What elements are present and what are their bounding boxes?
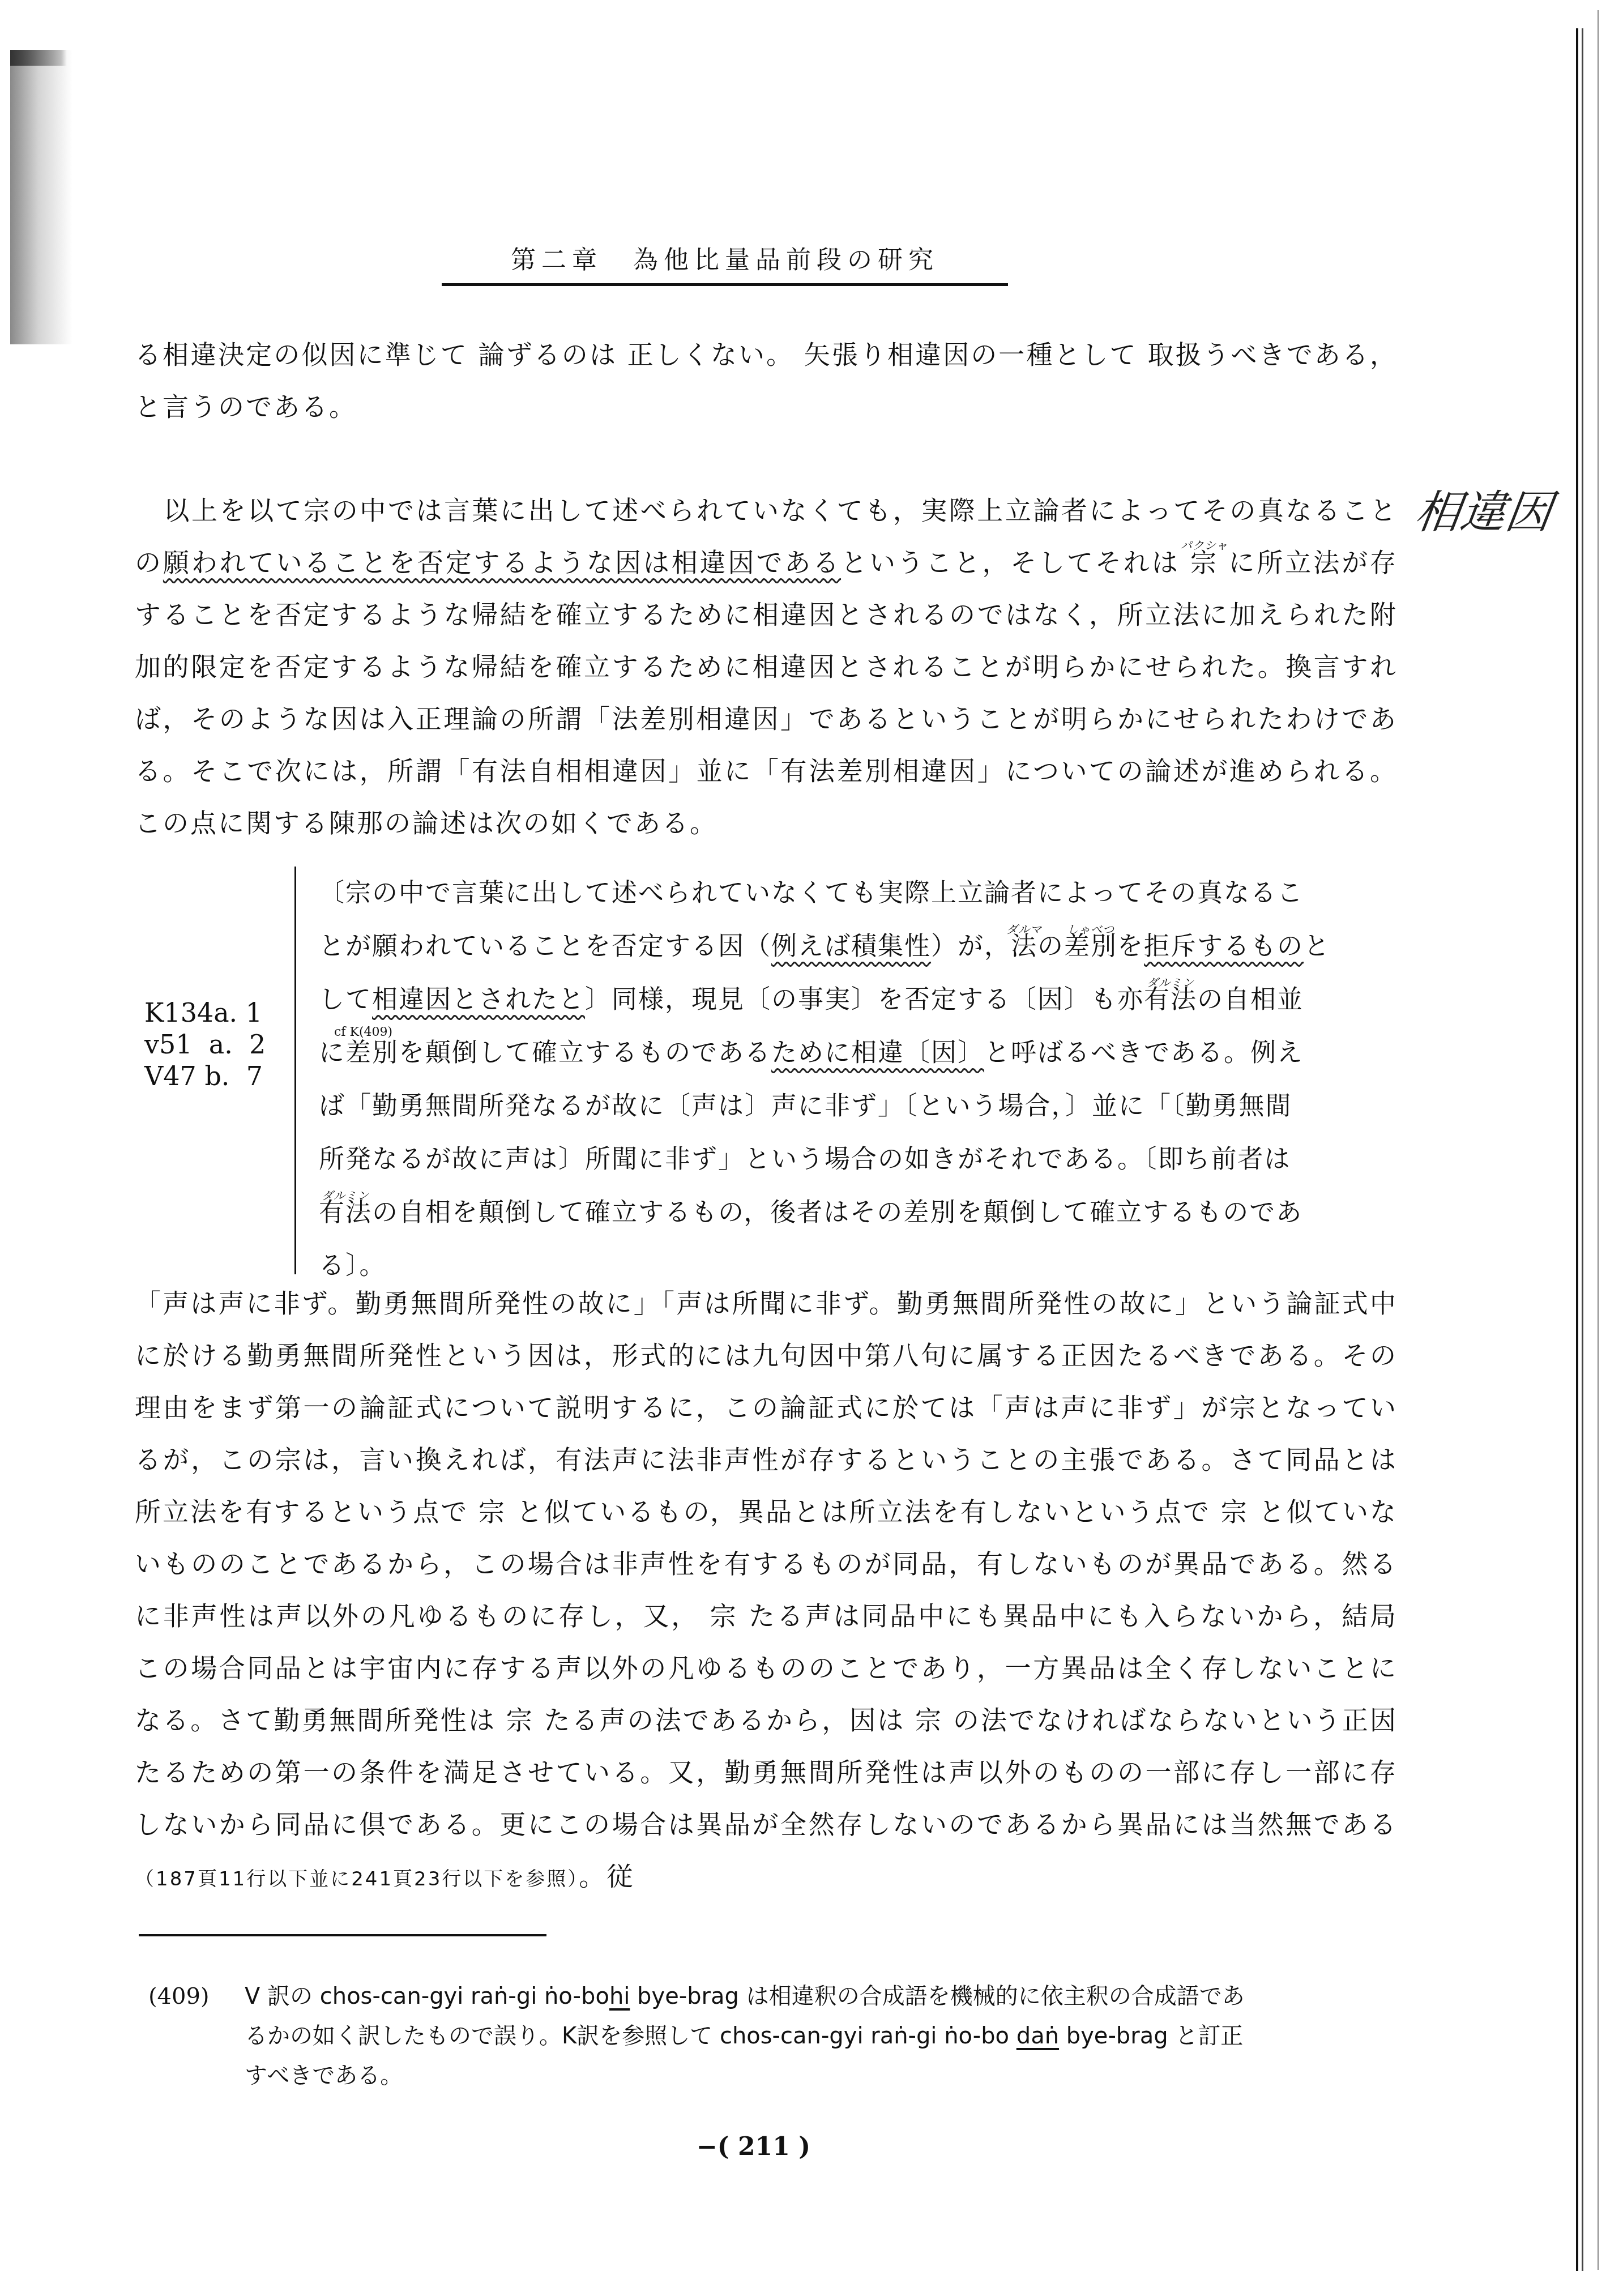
footnote-number: (409) [148, 1977, 210, 2016]
ruby-dharma: 法ダルマ [1011, 920, 1037, 973]
quote-line: とが願われていることを否定する因（例えば積集性）が，法ダルマの差別しゃべつを拒斥… [319, 920, 1429, 973]
quote-text: ）が， [931, 931, 1011, 961]
quote-text: と [1304, 931, 1330, 961]
paragraph-text: に所立法が存することを否定するような帰結を確立するために相違因とされるのではなく… [135, 547, 1398, 838]
ruby-text: パクシャ [1181, 519, 1228, 571]
paragraph-text: 「声は声に非ず。勤勇無間所発性の故に」「声は所聞に非ず。勤勇無間所発性の故に」と… [135, 1288, 1398, 1840]
footnote-text: るかの如く訳したもので誤り。K訳を参照して chos-can-gyi raṅ-g… [245, 2023, 1016, 2049]
paragraph-analysis: 「声は声に非ず。勤勇無間所発性の故に」「声は所聞に非ず。勤勇無間所発性の故に」と… [135, 1277, 1398, 1905]
handwritten-underlined-text: ために相違〔因〕 [771, 1038, 984, 1068]
handwritten-margin-note: 相違因 [1411, 476, 1556, 541]
chapter-title: 第二章 為他比量品前段の研究 [419, 244, 1031, 278]
margin-ref-v47: V47 b. 7 [144, 1060, 266, 1092]
handwritten-underlined-text: 例えば積集性 [771, 931, 931, 961]
quote-text: して [319, 984, 372, 1014]
block-quotation: 〔宗の中で言葉に出して述べられていなくても実際上立論者によってその真なるこ とが… [294, 867, 1429, 1274]
cross-reference: （187頁11行以下並に241頁23行以下を参照） [135, 1868, 579, 1890]
scan-edge-shadow [10, 50, 72, 344]
ruby-paksa: 宗パクシャ [1190, 536, 1218, 588]
quote-text: の自相を顛倒して確立するもの，後者はその差別を顛倒して確立するものであ [372, 1197, 1302, 1227]
ruby-text: ダルミン [1147, 956, 1194, 1009]
quote-line: 有法ダルミンの自相を顛倒して確立するもの，後者はその差別を顛倒して確立するもので… [319, 1186, 1429, 1239]
quote-text: とが願われていることを否定する因（ [319, 931, 771, 961]
page-number: −( 211 ) [697, 2132, 810, 2161]
binding-edge-line [1582, 28, 1583, 2271]
ruby-text: しゃべつ [1067, 903, 1114, 956]
quote-line: 〔宗の中で言葉に出して述べられていなくても実際上立論者によってその真なるこ [319, 867, 1429, 920]
footnote-line: すべきである。 [245, 2056, 1394, 2096]
footnote-text: bye-brag は相違釈の合成語を機械的に依主釈の合成語であ [630, 1983, 1244, 2009]
underlined-text: daṅ [1016, 2023, 1059, 2049]
footnote-text: bye-brag と訂正 [1059, 2023, 1243, 2049]
footnote-rule [139, 1934, 546, 1936]
handwritten-underlined-text: 願われていることを否定するような因は相違因である [163, 547, 841, 578]
header-rule [442, 283, 1008, 286]
footnote-409: (409) V 訳の chos-can-gyi raṅ-gi ṅo-bohi b… [148, 1977, 1394, 2096]
margin-references: K134a. 1 v51 a. 2 V47 b. 7 [144, 997, 266, 1092]
footnote-line: るかの如く訳したもので誤り。K訳を参照して chos-can-gyi raṅ-g… [245, 2016, 1394, 2056]
handwritten-underlined-text: 相違因とされたと [372, 984, 585, 1014]
margin-ref-v51: v51 a. 2 [144, 1028, 266, 1060]
paragraph-text: 。従 [579, 1861, 634, 1892]
paragraph-text: る相違決定の似因に準じて 論ずるのは 正しくない。 矢張り相違因の一種として 取… [135, 328, 1398, 433]
quote-text: の自相並 [1197, 984, 1304, 1014]
binding-edge-line [1576, 28, 1578, 2271]
quote-text: と呼ばるべきである。例え [984, 1038, 1304, 1068]
ruby-text: ダルマ [1006, 903, 1042, 956]
quote-text: 〕同様，現見〔の事実〕を否定する〔因〕も亦 [585, 984, 1144, 1014]
quote-line: して相違因とされたと〕同様，現見〔の事実〕を否定する〔因〕も亦有法ダルミンの自相… [319, 973, 1429, 1026]
scan-edge-shadow-top [10, 50, 67, 66]
margin-ref-k: K134a. 1 [144, 997, 266, 1028]
quote-line: に差別を顛倒して確立するものであるために相違〔因〕と呼ばるべきである。例え [319, 1026, 1429, 1079]
quote-text: に差別を顛倒して確立するものである [319, 1038, 771, 1068]
footnote-line: V 訳の chos-can-gyi raṅ-gi ṅo-bohi bye-bra… [245, 1977, 1394, 2016]
paragraph-summary: 以上を以て宗の中では言葉に出して述べられていなくても，実際上立論者によってその真… [135, 484, 1398, 849]
paragraph-text: ということ，そしてそれは [841, 547, 1190, 578]
ruby-text: ダルミン [322, 1169, 369, 1222]
paragraph-continuation: る相違決定の似因に準じて 論ずるのは 正しくない。 矢張り相違因の一種として 取… [135, 328, 1398, 433]
underlined-text: hi [609, 1983, 630, 2009]
ruby-dharmin: 有法ダルミン [319, 1186, 372, 1239]
quote-line: 所発なるが故に声は〕所聞に非ず」という場合の如きがそれである。〔即ち前者は [319, 1133, 1429, 1186]
quote-text: を [1117, 931, 1144, 961]
running-header: 第二章 為他比量品前段の研究 [419, 244, 1031, 286]
footnote-body: V 訳の chos-can-gyi raṅ-gi ṅo-bohi bye-bra… [245, 1977, 1394, 2096]
footnote-text: V 訳の chos-can-gyi raṅ-gi ṅo-bo [245, 1983, 609, 2009]
page-edge-line [1598, 10, 1599, 2270]
quote-line: ば「勤勇無間所発なるが故に〔声は〕声に非ず」〔という場合，〕並に「〔勤勇無間 [319, 1079, 1429, 1133]
ruby-dharmin: 有法ダルミン [1144, 973, 1197, 1026]
ruby-visesa: 差別しゃべつ [1064, 920, 1117, 973]
